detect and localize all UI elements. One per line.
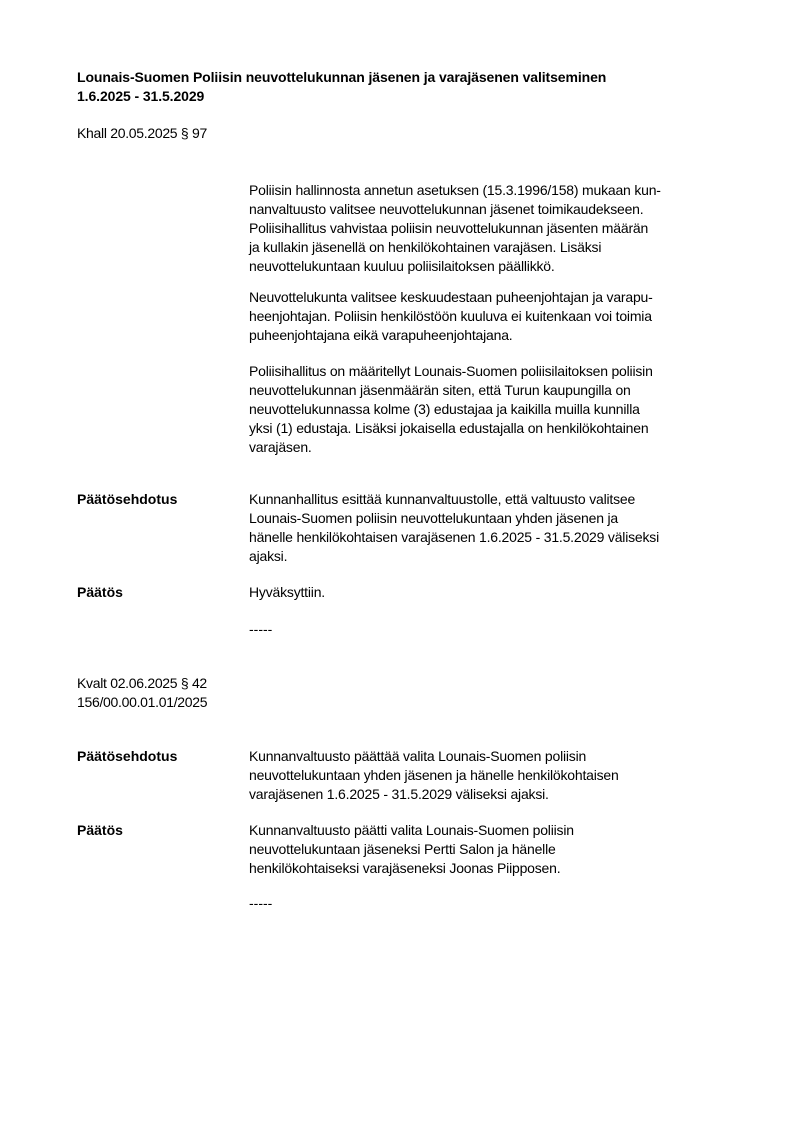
kvalt-decision-label: Päätös bbox=[77, 821, 123, 840]
kvalt-decision-text: Kunnanvaltuusto päätti valita Lounais-Su… bbox=[249, 821, 741, 878]
intro-paragraph-3: Poliisihallitus on määritellyt Lounais-S… bbox=[249, 362, 741, 457]
intro-paragraph-2: Neuvottelukunta valitsee keskuudestaan p… bbox=[249, 288, 741, 345]
khall-proposal-label: Päätösehdotus bbox=[77, 490, 177, 509]
document-title: Lounais-Suomen Poliisin neuvottelukunnan… bbox=[77, 68, 737, 106]
khall-decision-text: Hyväksyttiin. bbox=[249, 583, 741, 602]
khall-reference: Khall 20.05.2025 § 97 bbox=[77, 124, 207, 143]
document-page: Lounais-Suomen Poliisin neuvottelukunnan… bbox=[0, 0, 794, 1122]
khall-decision-label: Päätös bbox=[77, 583, 123, 602]
kvalt-proposal-text: Kunnanvaltuusto päättää valita Lounais-S… bbox=[249, 747, 741, 804]
kvalt-proposal-label: Päätösehdotus bbox=[77, 747, 177, 766]
section-separator: ----- bbox=[249, 620, 272, 639]
khall-proposal-text: Kunnanhallitus esittää kunnanvaltuustoll… bbox=[249, 490, 741, 566]
kvalt-reference: Kvalt 02.06.2025 § 42 156/00.00.01.01/20… bbox=[77, 674, 207, 712]
title-line: Lounais-Suomen Poliisin neuvottelukunnan… bbox=[77, 68, 737, 87]
section-separator: ----- bbox=[249, 894, 272, 913]
title-line: 1.6.2025 - 31.5.2029 bbox=[77, 87, 737, 106]
intro-paragraph-1: Poliisin hallinnosta annetun asetuksen (… bbox=[249, 181, 741, 276]
